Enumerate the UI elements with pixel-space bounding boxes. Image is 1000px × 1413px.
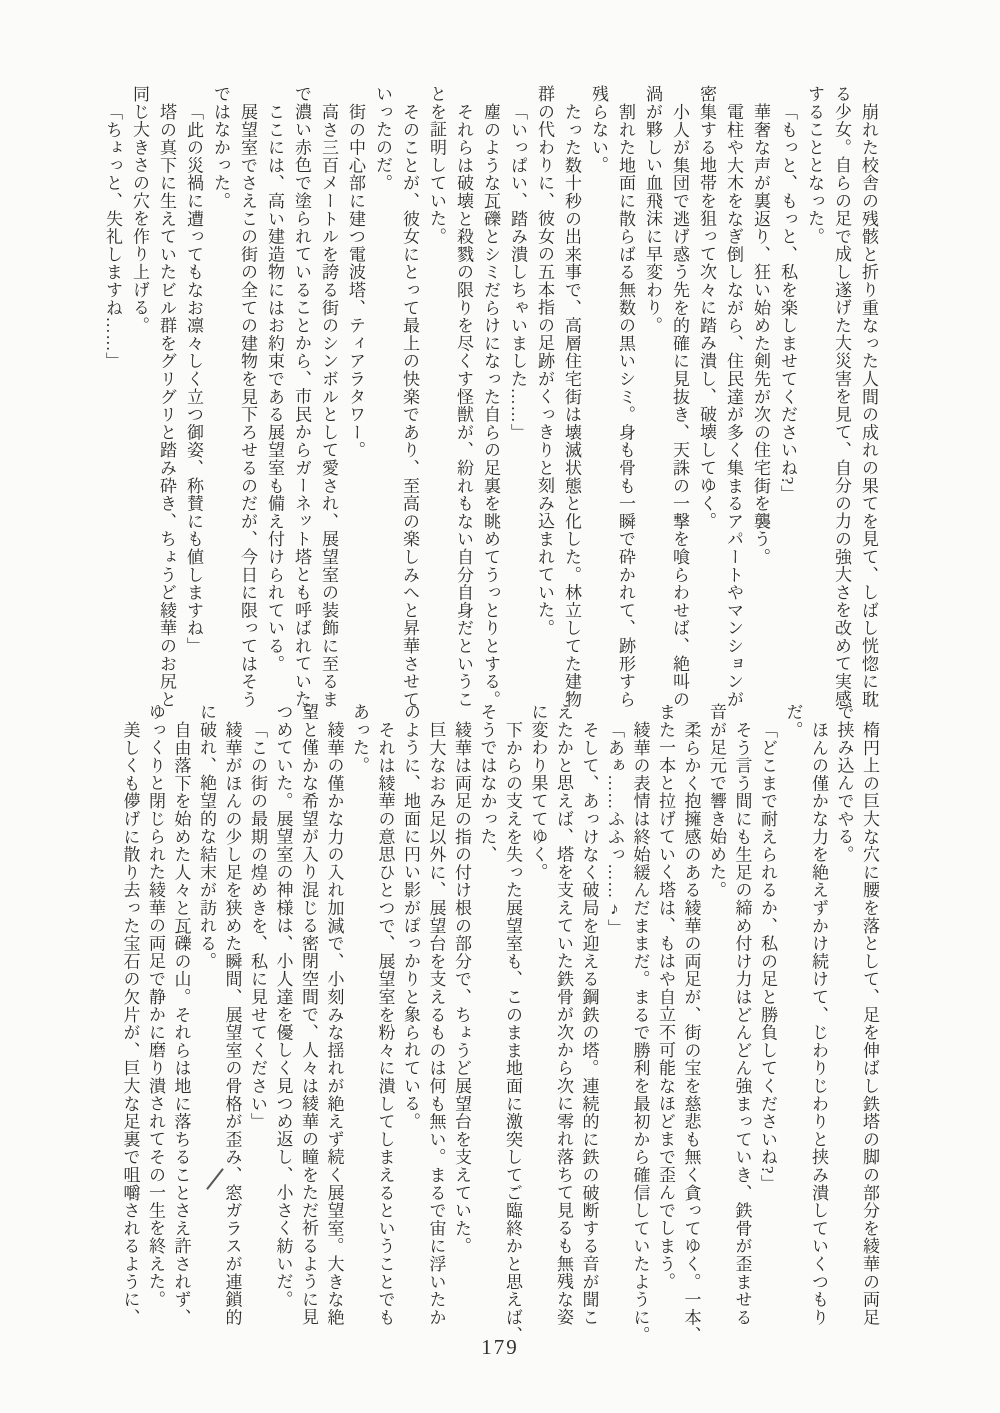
text-column: 巨大なおみ足以外に、展望台を支えるものは何も無い。まるで宙に浮いたか (423, 703, 449, 1403)
text-column: 同じ大きさの穴を作り上げる。 (126, 85, 153, 785)
text-column: 自由落下を始めた人々と瓦礫の山。それらは地に落ちることさえ許されず、 (168, 703, 194, 1403)
text-column: そして、あっけなく破局を迎える鋼鉄の塔。連続的に鉄の破断する音が聞こ (576, 703, 602, 1403)
text-column: 残らない。 (585, 85, 612, 785)
text-column: ではなかった。 (207, 85, 234, 785)
text-column: 街の中心部に建つ電波塔、ティアラタワー。 (342, 85, 369, 785)
text-column: そうではなかった、 (474, 703, 500, 1403)
text-column: 「この街の最期の煌めきを、私に見せてください」 (245, 703, 271, 1403)
text-column: 望と僅かな希望が入り混じる密閉空間で、人々は綾華の瞳をただ祈るように見 (296, 703, 322, 1403)
text-column: 崩れた校舎の残骸と折り重なった人間の成れの果てを見て、しばし恍惚に耽 (855, 85, 882, 785)
text-block-top: 崩れた校舎の残骸と折り重なった人間の成れの果てを見て、しばし恍惚に耽る少女。自ら… (99, 85, 882, 785)
text-column: また一本と拉げていく塔は、もはや自立不可能なほどまで歪んでしまう。 (653, 703, 679, 1403)
text-column: に変わり果ててゆく。 (525, 703, 551, 1403)
text-column: 電柱や大木をなぎ倒しながら、住民達が多く集まるアパートやマンションが (720, 85, 747, 785)
text-column: することとなった。 (801, 85, 828, 785)
text-column: そう言う間にも生足の締め付け力はどんどん強まっていき、鉄骨が歪ませる (729, 703, 755, 1403)
text-column: あった。 (347, 703, 373, 1403)
text-column: で挟み込んでやる。 (831, 703, 857, 1403)
text-column: 高さ三百メートルを誇る街のシンボルとして愛され、展望室の装飾に至るま (315, 85, 342, 785)
text-column: 塔の真下に生えていたビル群をグリグリと踏み砕き、ちょうど綾華のお尻と (153, 85, 180, 785)
text-column: つめていた。展望室の神様は、小人達を優しく見つめ返し、小さく紡いだ。 (270, 703, 296, 1403)
text-column: 綾華の僅かな力の入れ加減で、小刻みな揺れが絶えず続く展望室。大きな絶 (321, 703, 347, 1403)
text-column: 「此の災禍に遭ってもなお凛々しく立つ御姿、称賛にも値しますね」 (180, 85, 207, 785)
text-column: 「あぁ……ふふっ……♪」 (602, 703, 628, 1403)
text-column: いったのだ。 (369, 85, 396, 785)
text-column: 「どこまで耐えられるか、私の足と勝負してくださいね?」 (755, 703, 781, 1403)
text-column: ゆっくりと閉じられた綾華の両足で静かに磨り潰されてその一生を終えた。 (143, 703, 169, 1403)
page-number: 179 (0, 1335, 1000, 1360)
text-column: 音が足元で響き始めた。 (704, 703, 730, 1403)
text-column: 「ちょっと、失礼しますね……」 (99, 85, 126, 785)
text-column: 綾華の表情は終始緩んだままだ。まるで勝利を最初から確信していたように。 (627, 703, 653, 1403)
text-column: それは綾華の意思ひとつで、展望室を粉々に潰してしまえるということでも (372, 703, 398, 1403)
text-column: 渦が夥しい血飛沫に早変わり。 (639, 85, 666, 785)
text-column: 小人が集団で逃げ惑う先を的確に見抜き、天誅の一撃を喰らわせば、絶叫の (666, 85, 693, 785)
text-column: のように、地面に円い影がぽっかりと象られている。 (398, 703, 424, 1403)
text-column: えたかと思えば、塔を支えていた鉄骨が次から次に零れ落ちて見るも無残な姿 (551, 703, 577, 1403)
text-column: ほんの僅かな力を絶えずかけ続けて、じわりじわりと挟み潰していくつもり (806, 703, 832, 1403)
text-column: る少女。自らの足で成し遂げた大災害を見て、自分の力の強大さを改めて実感 (828, 85, 855, 785)
text-column: 群の代わりに、彼女の五本指の足跡がくっきりと刻み込まれていた。 (531, 85, 558, 785)
text-column: に破れ、絶望的な結末が訪れる。 (194, 703, 220, 1403)
text-column: 柔らかく抱擁感のある綾華の両足が、街の宝を慈悲も無く貪ってゆく。一本、 (678, 703, 704, 1403)
text-column: 楕円上の巨大な穴に腰を落として、足を伸ばし鉄塔の脚の部分を綾華の両足 (857, 703, 883, 1403)
text-column: 綾華がほんの少し足を狭めた瞬間、展望室の骨格が歪み、窓ガラスが連鎖的 (219, 703, 245, 1403)
text-column: 密集する地帯を狙って次々に踏み潰し、破壊してゆく。 (693, 85, 720, 785)
text-column: 華奢な声が裏返り、狂い始めた剣先が次の住宅街を襲う。 (747, 85, 774, 785)
text-column: だ。 (780, 703, 806, 1403)
book-page: 崩れた校舎の残骸と折り重なった人間の成れの果てを見て、しばし恍惚に耽る少女。自ら… (0, 0, 1000, 1413)
text-column: とを証明していた。 (423, 85, 450, 785)
text-column: そのことが、彼女にとって最上の快楽であり、至高の楽しみへと昇華させて (396, 85, 423, 785)
text-column: 「もっと、もっと、私を楽しませてくださいね?」 (774, 85, 801, 785)
text-column: 「いっぱい、踏み潰しちゃいました……」 (504, 85, 531, 785)
text-column: 割れた地面に散らばる無数の黒いシミ。身も骨も一瞬で砕かれて、跡形すら (612, 85, 639, 785)
text-column: たった数十秒の出来事で、高層住宅街は壊滅状態と化した。林立してた建物 (558, 85, 585, 785)
text-column: それらは破壊と殺戮の限りを尽くす怪獣が、紛れもない自分自身だというこ (450, 85, 477, 785)
text-column: 美しくも儚げに散り去った宝石の欠片が、巨大な足裏で咀嚼されるように、 (117, 703, 143, 1403)
text-column: 下からの支えを失った展望室も、このまま地面に激突してご臨終かと思えば、 (500, 703, 526, 1403)
text-column: 展望室でさえこの街の全ての建物を見下ろせるのだが、今日に限ってはそう (234, 85, 261, 785)
text-column: で濃い赤色で塗られていることから、市民からガーネット塔とも呼ばれていた。 (288, 85, 315, 785)
text-block-bottom: 楕円上の巨大な穴に腰を落として、足を伸ばし鉄塔の脚の部分を綾華の両足で挟み込んで… (117, 703, 882, 1403)
text-column: 綾華は両足の指の付け根の部分で、ちょうど展望台を支えていた。 (449, 703, 475, 1403)
text-column: 塵のような瓦礫とシミだらけになった自らの足裏を眺めてうっとりとする。 (477, 85, 504, 785)
text-column: ここには、高い建造物にはお約束である展望室も備え付けられている。 (261, 85, 288, 785)
